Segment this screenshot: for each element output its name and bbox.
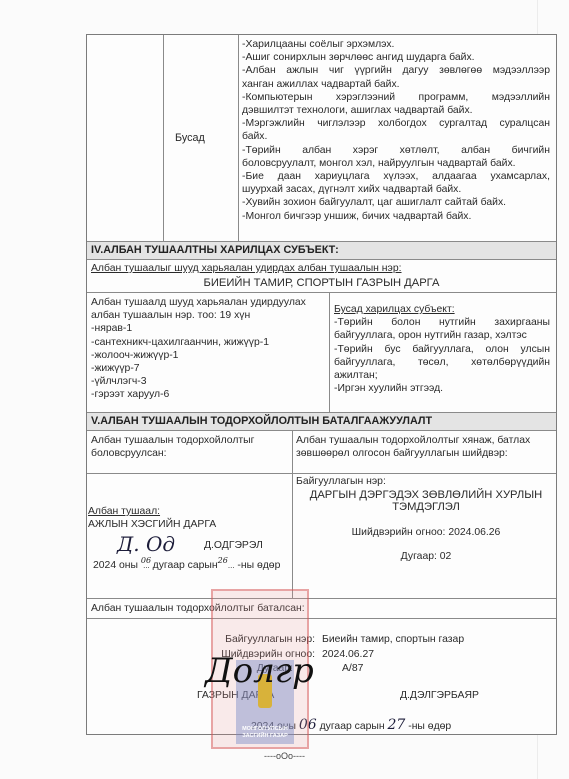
supervisor-label: Албан тушаалыг шууд харьяалан удирдах ал… [91,263,402,274]
text-line: ханган ажиллах чадвартай байх. [242,78,550,91]
approval-values: Биеийн тамир, спортын газар 2024.06.27 A… [322,633,464,677]
text-line: -Төрийналбанхэрэгхөтлөлт,албанбичгийн [242,144,550,157]
text-line: -Албанажлынчигүүргийндагуузөвлөгөөмэдээл… [242,64,550,77]
subordinate-item: -сантехникч-цахилгаанчин, жижүүр-1 [91,336,306,349]
date-suffix: -ны өдөр [237,560,280,571]
position-value: АЖЛЫН ХЭСГИЙН ДАРГА [87,519,292,530]
stamp-text-1: МОНГОЛ УЛСЫН [236,726,294,733]
supervisor-row: Албан тушаалыг шууд харьяалан удирдах ал… [87,260,556,293]
approved-label-row: Албан тушаалын тодорхойлолтыг баталсан: [87,599,556,619]
decision-number: Дугаар: 02 [296,551,556,562]
text-line: -Мэргэжлийнчиглэлээрхолбогдохсургалтадсу… [242,117,550,130]
approval-date-value: 2024.06.27 [322,648,464,663]
org-decision-block: Байгууллагын нэр: ДАРГЫН ДЭРГЭДЭХ ЗӨВЛӨЛ… [296,476,556,562]
dots: ... [228,561,235,570]
date-suffix: -ны өдөр [408,721,451,732]
section-4-heading: IV.АЛБАН ТУШААЛТНЫ ХАРИЛЦАХ СУБЪЕКТ: [87,242,556,260]
text-line: -Төрийнбусбайгууллага,олонулсын [334,343,550,356]
approval-org-value: Биеийн тамир, спортын газар [322,633,464,648]
date-day: 27 [388,717,406,733]
other-subjects-label: Бусад харилцах субъект: [334,303,550,316]
prepared-by-label: Албан тушаалын тодорхойлолтыг боловсруул… [91,434,254,460]
text-line: шуурхай засах, дүгнэлт хийх чадвартай ба… [242,183,550,196]
org-value-1: ДАРГЫН ДЭРГЭДЭХ ЗӨВЛӨЛИЙН ХУРЛЫН [296,489,556,501]
org-value-2: ТЭМДЭГЛЭЛ [296,501,556,513]
approver-name: Д.ДЭЛГЭРБАЯР [400,690,479,701]
subordinates-block: Албан тушаалд шууд харьяалан удирдуулах … [91,296,306,402]
subordinate-item: -гэрээт харуул-6 [91,388,306,401]
text-line: -Иргэн хуулийн этгээд. [334,382,550,395]
preparer-name: Д.ОДГЭРЭЛ [204,540,263,551]
subordinate-item: -жижүүр-7 [91,362,306,375]
subordinates-row: Албан тушаалд шууд харьяалан удирдуулах … [87,293,556,413]
position-label: Албан тушаал: [87,506,292,517]
verification-labels-row: Албан тушаалын тодорхойлолтыг боловсруул… [87,431,556,474]
prepared-by-line-1: Албан тушаалын тодорхойлолтыг [91,434,254,447]
text-line: байгууллага, орон нутгийн газар, хэлтэс [334,329,550,342]
text-line: -Хувийн зохион байгуулалт, цаг ашиглалт … [242,196,550,209]
org-label: Байгууллагын нэр: [296,476,556,487]
document-end-mark: ----oOo---- [0,751,569,761]
subordinate-item: -нярав-1 [91,322,306,335]
text-line: -Биедаанхариуцлагахүлээх,алдаагааухамсар… [242,170,550,183]
text-line: -Монгол бичгээр уншиж, бичих чадвартай б… [242,210,550,223]
prepared-by-line-2: боловсруулсан: [91,447,254,460]
verification-details-row: Албан тушаал: АЖЛЫН ХЭСГИЙН ДАРГА Д. Од … [87,474,556,599]
others-requirements-row: Бусад -Харилцааны соёлыг эрхэмлэх.-Ашиг … [87,35,556,242]
requirements-list: -Харилцааны соёлыг эрхэмлэх.-Ашиг сонирх… [242,38,550,223]
text-line: -Ашиг сонирхлын зөрчлөөс ангид шударга б… [242,51,550,64]
approval-number-value: A/87 [322,662,464,677]
approver-signature: Долгр [205,636,340,706]
subordinate-item: -жолооч-жижүүр-1 [91,349,306,362]
preparer-block: Албан тушаал: АЖЛЫН ХЭСГИЙН ДАРГА Д. Од … [87,506,292,571]
stamp-text-2: ЗАСГИЙН ГАЗАР [236,733,294,740]
date-prefix: 2024 оны [93,560,138,571]
text-line: -Харилцааны соёлыг эрхэмлэх. [242,38,550,51]
date-day: 26 [218,556,228,565]
date-mid: дугаар сарын [153,560,218,571]
reviewed-line-1: Албан тушаалын тодорхойлолтыг хянаж, бат… [296,434,530,447]
text-line: -Төрийнболоннутгийнзахиргааны [334,316,550,329]
document-table: Бусад -Харилцааны соёлыг эрхэмлэх.-Ашиг … [86,34,557,735]
other-subjects-block: Бусад харилцах субъект: -Төрийнболоннутг… [334,303,550,395]
stamp-text: МОНГОЛ УЛСЫН ЗАСГИЙН ГАЗАР [236,726,294,740]
subordinate-item: -үйлчлэгч-3 [91,375,306,388]
reviewed-line-2: зөвшөөрөл олгосон байгууллагын шийдвэр: [296,447,530,460]
text-line: ажилтан; [334,369,550,382]
supervisor-value: БИЕИЙН ТАМИР, СПОРТЫН ГАЗРЫН ДАРГА [87,277,556,289]
reviewed-by-label: Албан тушаалын тодорхойлолтыг хянаж, бат… [296,434,530,460]
subordinates-line-1: Албан тушаалд шууд харьяалан удирдуулах [91,296,306,309]
category-label: Бусад [163,35,238,241]
text-line: дэвшилтэт технологи, ашиглах чадвартай б… [242,104,550,117]
decision-date: Шийдвэрийн огноо: 2024.06.26 [296,527,556,538]
text-line: байгууллага,төсөл,хөтөлбөрүүдийн [334,356,550,369]
date-mid: дугаар сарын [320,721,385,732]
text-line: -Компьютерынхэрэглээнийпрограмм,мэдээлли… [242,91,550,104]
preparer-date: 2024 оны 06... дугаар сарын26... -ны өдө… [87,560,292,571]
text-line: боловсруулалт, монгол хэл, найруулгын ча… [242,157,550,170]
preparer-signature: Д. Од [117,532,175,556]
subordinates-line-2: албан тушаалын нэр. тоо: 19 хүн [91,309,306,322]
text-line: байх. [242,130,550,143]
date-month: 06 [141,556,151,565]
section-5-heading: V.АЛБАН ТУШААЛЫН ТОДОРХОЙЛОЛТЫН БАТАЛГАА… [87,413,556,431]
